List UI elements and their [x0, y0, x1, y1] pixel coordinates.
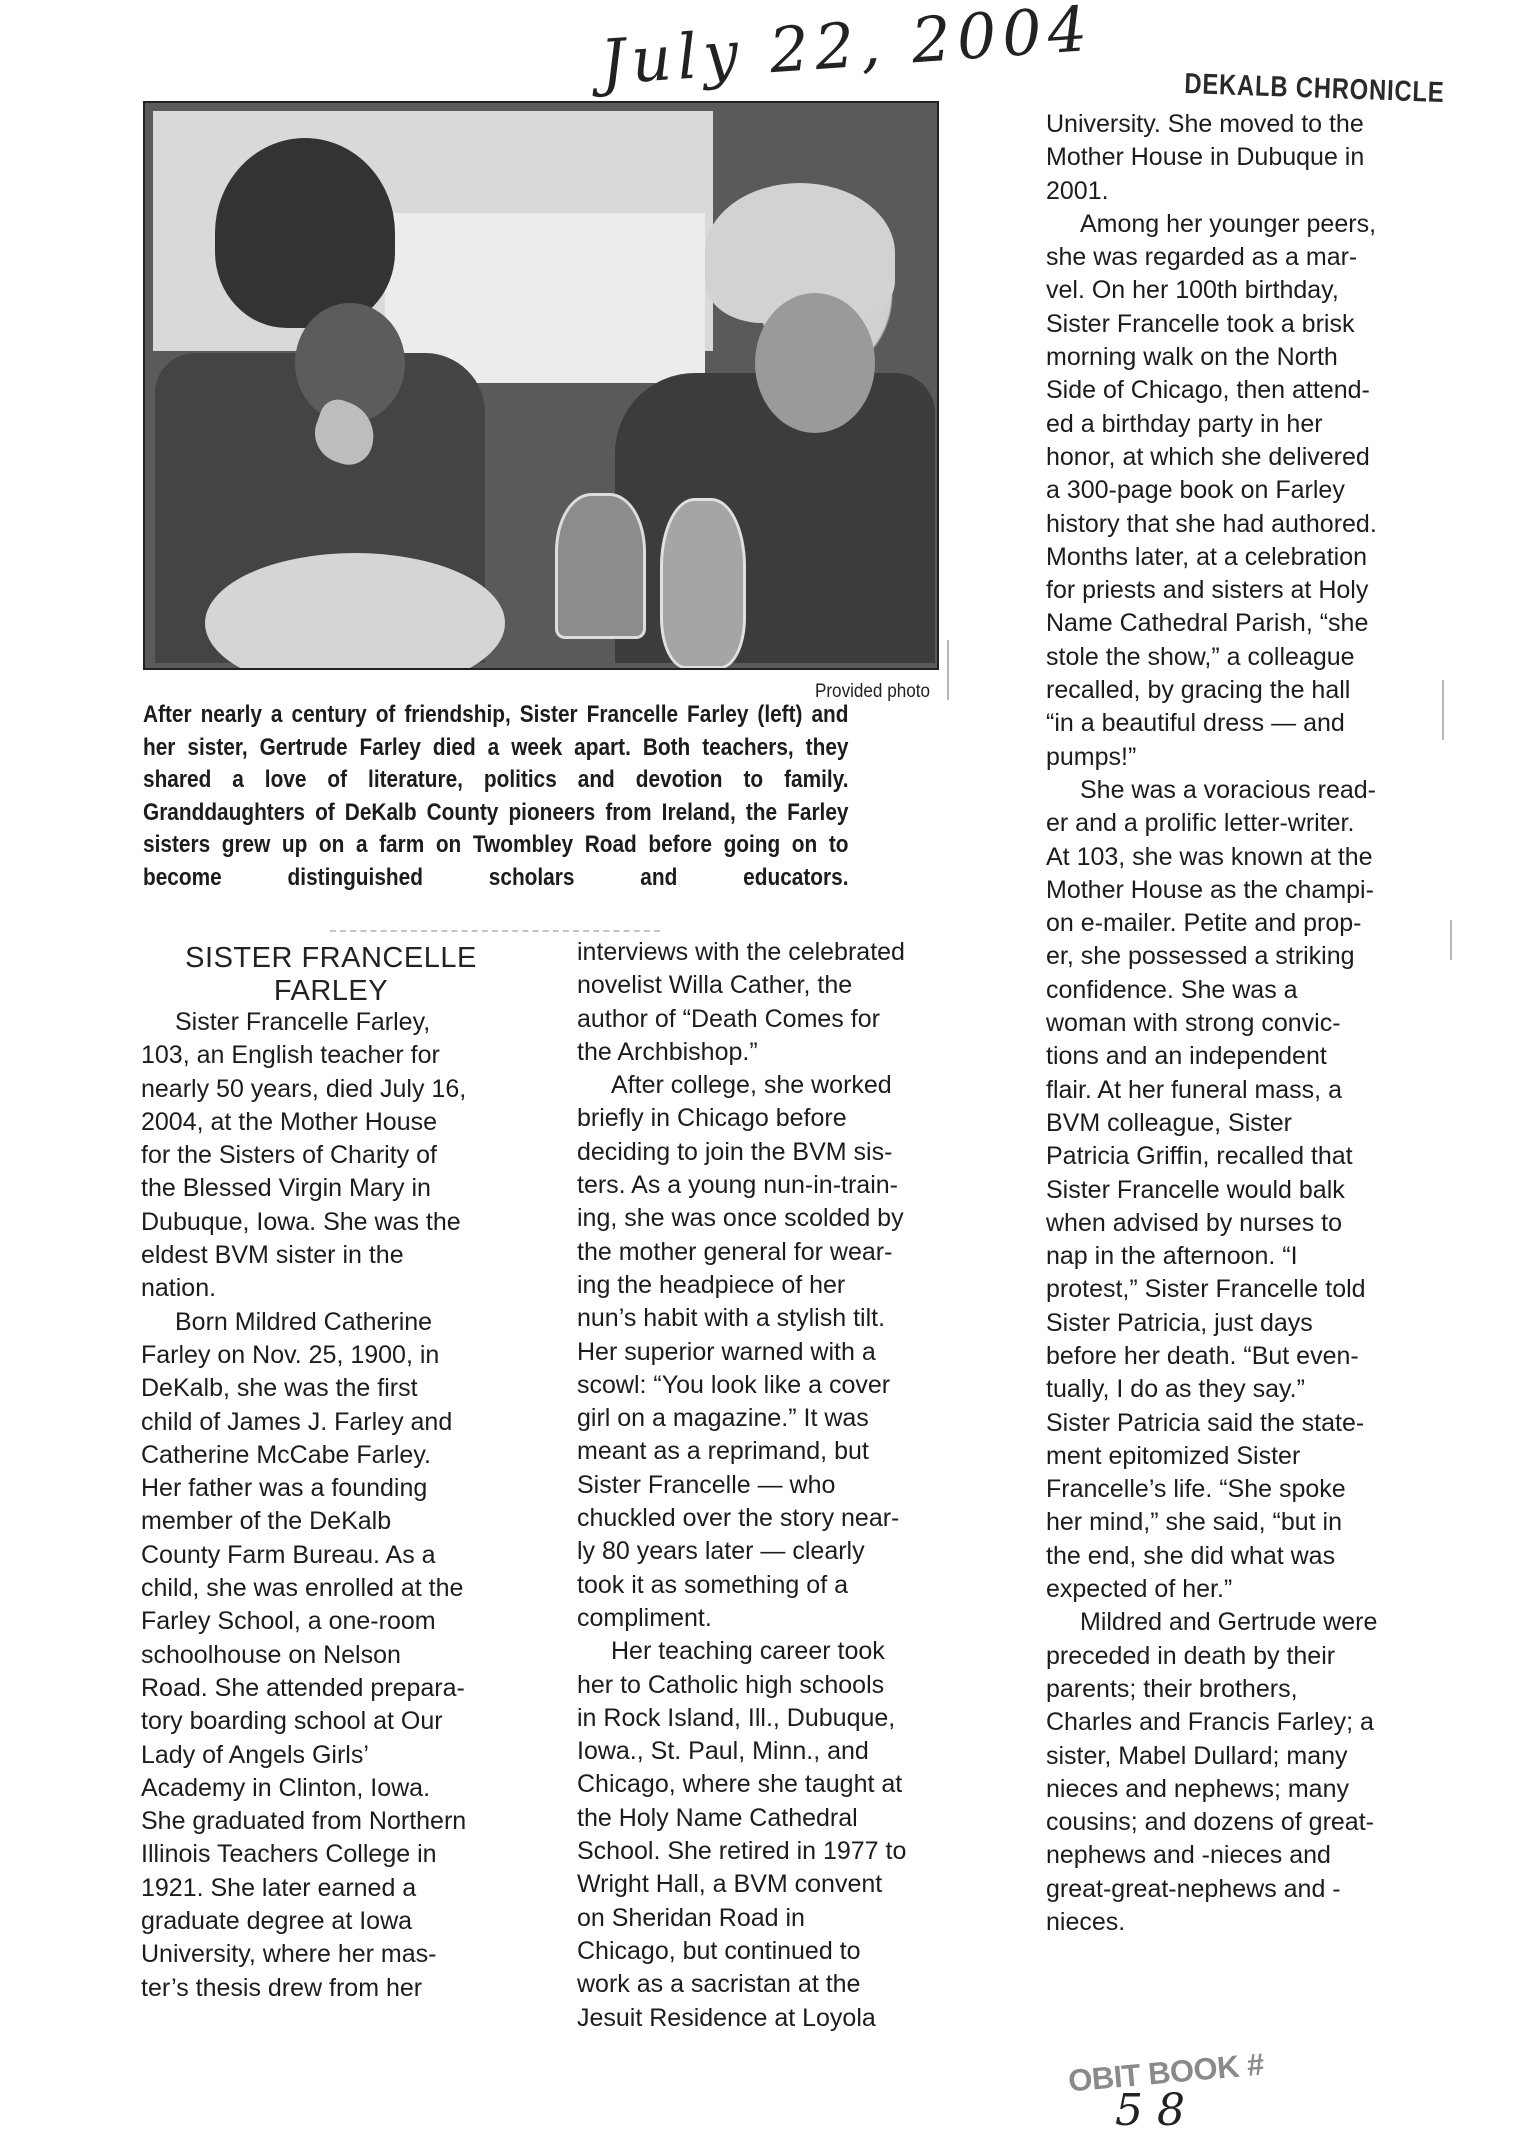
text-line: “in a beautiful dress — and	[1046, 707, 1436, 740]
text-line: pumps!”	[1046, 741, 1436, 774]
text-line: the Archbishop.”	[577, 1036, 967, 1069]
text-line: Chicago, where she taught at	[577, 1768, 967, 1801]
text-line: Mildred and Gertrude were	[1046, 1606, 1436, 1639]
obituary-title-line2: FARLEY	[141, 975, 521, 1008]
text-line: Sister Francelle — who	[577, 1469, 967, 1502]
handwritten-date: July 22, 2004	[597, 0, 1122, 108]
obituary-title-line1: SISTER FRANCELLE	[141, 942, 521, 975]
text-line: schoolhouse on Nelson	[141, 1639, 521, 1672]
text-line: chuckled over the story near-	[577, 1502, 967, 1535]
text-line: Wright Hall, a BVM convent	[577, 1868, 967, 1901]
text-line: for priests and sisters at Holy	[1046, 574, 1436, 607]
text-line: 103, an English teacher for	[141, 1039, 521, 1072]
text-line: Name Cathedral Parish, “she	[1046, 607, 1436, 640]
text-line: Farley on Nov. 25, 1900, in	[141, 1339, 521, 1372]
text-line: Farley School, a one-room	[141, 1605, 521, 1638]
text-line: woman with strong convic-	[1046, 1007, 1436, 1040]
text-line: graduate degree at Iowa	[141, 1905, 521, 1938]
text-line: confidence. She was a	[1046, 974, 1436, 1007]
text-line: her to Catholic high schools	[577, 1669, 967, 1702]
text-line: Months later, at a celebration	[1046, 541, 1436, 574]
text-line: nation.	[141, 1272, 521, 1305]
photo-caption: After nearly a century of friendship, Si…	[143, 699, 849, 927]
edge-mark	[1442, 680, 1444, 740]
text-line: Charles and Francis Farley; a	[1046, 1706, 1436, 1739]
text-line: novelist Willa Cather, the	[577, 969, 967, 1002]
text-line: ment epitomized Sister	[1046, 1440, 1436, 1473]
text-line: Mother House in Dubuque in	[1046, 141, 1436, 174]
obituary-column-2: interviews with the celebratednovelist W…	[577, 936, 967, 2035]
text-line: the mother general for wear-	[577, 1236, 967, 1269]
text-line: 2004, at the Mother House	[141, 1106, 521, 1139]
text-line: er, she possessed a striking	[1046, 940, 1436, 973]
publication-masthead: DEKALB CHRONICLE	[1184, 68, 1445, 110]
text-line: tions and an independent	[1046, 1040, 1436, 1073]
text-line: child, she was enrolled at the	[141, 1572, 521, 1605]
text-line: Mother House as the champi-	[1046, 874, 1436, 907]
text-line: for the Sisters of Charity of	[141, 1139, 521, 1172]
text-line: nephews and -nieces and	[1046, 1839, 1436, 1872]
text-line: meant as a reprimand, but	[577, 1435, 967, 1468]
text-line: Illinois Teachers College in	[141, 1838, 521, 1871]
photo-glass	[555, 493, 646, 639]
text-line: Dubuque, Iowa. She was the	[141, 1206, 521, 1239]
text-line: eldest BVM sister in the	[141, 1239, 521, 1272]
text-line: ly 80 years later — clearly	[577, 1535, 967, 1568]
text-line: Road. She attended prepara-	[141, 1672, 521, 1705]
obit-book-number: 58	[1115, 2085, 1199, 2136]
text-line: sister, Mabel Dullard; many	[1046, 1740, 1436, 1773]
text-line: expected of her.”	[1046, 1573, 1436, 1606]
text-line: Side of Chicago, then attend-	[1046, 374, 1436, 407]
text-line: Her father was a founding	[141, 1472, 521, 1505]
text-line: Chicago, but continued to	[577, 1935, 967, 1968]
text-line: in Rock Island, Ill., Dubuque,	[577, 1702, 967, 1735]
text-line: nieces and nephews; many	[1046, 1773, 1436, 1806]
text-line: Patricia Griffin, recalled that	[1046, 1140, 1436, 1173]
text-line: morning walk on the North	[1046, 341, 1436, 374]
text-line: University, where her mas-	[141, 1938, 521, 1971]
obituary-column-1: Sister Francelle Farley,103, an English …	[141, 1006, 521, 2005]
text-line: Her teaching career took	[577, 1635, 967, 1668]
text-line: tory boarding school at Our	[141, 1705, 521, 1738]
text-line: At 103, she was known at the	[1046, 841, 1436, 874]
text-line: vel. On her 100th birthday,	[1046, 274, 1436, 307]
text-line: tually, I do as they say.”	[1046, 1373, 1436, 1406]
text-line: Sister Francelle would balk	[1046, 1174, 1436, 1207]
text-line: nieces.	[1046, 1906, 1436, 1939]
text-line: Lady of Angels Girls’	[141, 1739, 521, 1772]
text-line: work as a sacristan at the	[577, 1968, 967, 2001]
text-line: on Sheridan Road in	[577, 1902, 967, 1935]
divider	[330, 930, 660, 932]
text-line: Francelle’s life. “She spoke	[1046, 1473, 1436, 1506]
text-line: School. She retired in 1977 to	[577, 1835, 967, 1868]
text-line: Sister Francelle Farley,	[141, 1006, 521, 1039]
text-line: great-great-nephews and -	[1046, 1873, 1436, 1906]
text-line: cousins; and dozens of great-	[1046, 1806, 1436, 1839]
text-line: flair. At her funeral mass, a	[1046, 1074, 1436, 1107]
text-line: honor, at which she delivered	[1046, 441, 1436, 474]
text-line: Sister Francelle took a brisk	[1046, 308, 1436, 341]
photo-person-left-hair	[215, 138, 395, 328]
text-line: girl on a magazine.” It was	[577, 1402, 967, 1435]
text-line: interviews with the celebrated	[577, 936, 967, 969]
text-line: 1921. She later earned a	[141, 1872, 521, 1905]
text-line: recalled, by gracing the hall	[1046, 674, 1436, 707]
text-line: ing the headpiece of her	[577, 1269, 967, 1302]
text-line: protest,” Sister Francelle told	[1046, 1273, 1436, 1306]
text-line: scowl: “You look like a cover	[577, 1369, 967, 1402]
text-line: Jesuit Residence at Loyola	[577, 2002, 967, 2035]
text-line: nun’s habit with a stylish tilt.	[577, 1302, 967, 1335]
text-line: ing, she was once scolded by	[577, 1202, 967, 1235]
photo	[143, 101, 939, 670]
text-line: parents; their brothers,	[1046, 1673, 1436, 1706]
photo-wine-glass	[660, 498, 746, 669]
text-line: nap in the afternoon. “I	[1046, 1240, 1436, 1273]
text-line: deciding to join the BVM sis-	[577, 1136, 967, 1169]
text-line: a 300-page book on Farley	[1046, 474, 1436, 507]
photo-person-right-face	[755, 293, 875, 433]
text-line: member of the DeKalb	[141, 1505, 521, 1538]
text-line: DeKalb, she was the first	[141, 1372, 521, 1405]
text-line: Catherine McCabe Farley.	[141, 1439, 521, 1472]
text-line: University. She moved to the	[1046, 108, 1436, 141]
text-line: She graduated from Northern	[141, 1805, 521, 1838]
text-line: Born Mildred Catherine	[141, 1306, 521, 1339]
text-line: BVM colleague, Sister	[1046, 1107, 1436, 1140]
text-line: Sister Patricia said the state-	[1046, 1407, 1436, 1440]
text-line: Sister Patricia, just days	[1046, 1307, 1436, 1340]
edge-mark	[947, 640, 949, 700]
text-line: history that she had authored.	[1046, 508, 1436, 541]
text-line: stole the show,” a colleague	[1046, 641, 1436, 674]
text-line: ed a birthday party in her	[1046, 408, 1436, 441]
text-line: her mind,” she said, “but in	[1046, 1506, 1436, 1539]
text-line: er and a prolific letter-writer.	[1046, 807, 1436, 840]
text-line: before her death. “But even-	[1046, 1340, 1436, 1373]
obituary-column-3: University. She moved to theMother House…	[1046, 108, 1436, 1939]
text-line: when advised by nurses to	[1046, 1207, 1436, 1240]
text-line: County Farm Bureau. As a	[141, 1539, 521, 1572]
text-line: After college, she worked	[577, 1069, 967, 1102]
text-line: Her superior warned with a	[577, 1336, 967, 1369]
text-line: She was a voracious read-	[1046, 774, 1436, 807]
text-line: Academy in Clinton, Iowa.	[141, 1772, 521, 1805]
text-line: on e-mailer. Petite and prop-	[1046, 907, 1436, 940]
text-line: 2001.	[1046, 175, 1436, 208]
text-line: she was regarded as a mar-	[1046, 241, 1436, 274]
text-line: compliment.	[577, 1602, 967, 1635]
text-line: Among her younger peers,	[1046, 208, 1436, 241]
text-line: preceded in death by their	[1046, 1640, 1436, 1673]
text-line: the end, she did what was	[1046, 1540, 1436, 1573]
obituary-title: SISTER FRANCELLE FARLEY	[141, 942, 521, 1008]
text-line: the Blessed Virgin Mary in	[141, 1172, 521, 1205]
text-line: ters. As a young nun-in-train-	[577, 1169, 967, 1202]
text-line: briefly in Chicago before	[577, 1102, 967, 1135]
text-line: the Holy Name Cathedral	[577, 1802, 967, 1835]
edge-mark	[1450, 920, 1452, 960]
text-line: ter’s thesis drew from her	[141, 1972, 521, 2005]
text-line: child of James J. Farley and	[141, 1406, 521, 1439]
text-line: nearly 50 years, died July 16,	[141, 1073, 521, 1106]
text-line: Iowa., St. Paul, Minn., and	[577, 1735, 967, 1768]
text-line: author of “Death Comes for	[577, 1003, 967, 1036]
text-line: took it as something of a	[577, 1569, 967, 1602]
